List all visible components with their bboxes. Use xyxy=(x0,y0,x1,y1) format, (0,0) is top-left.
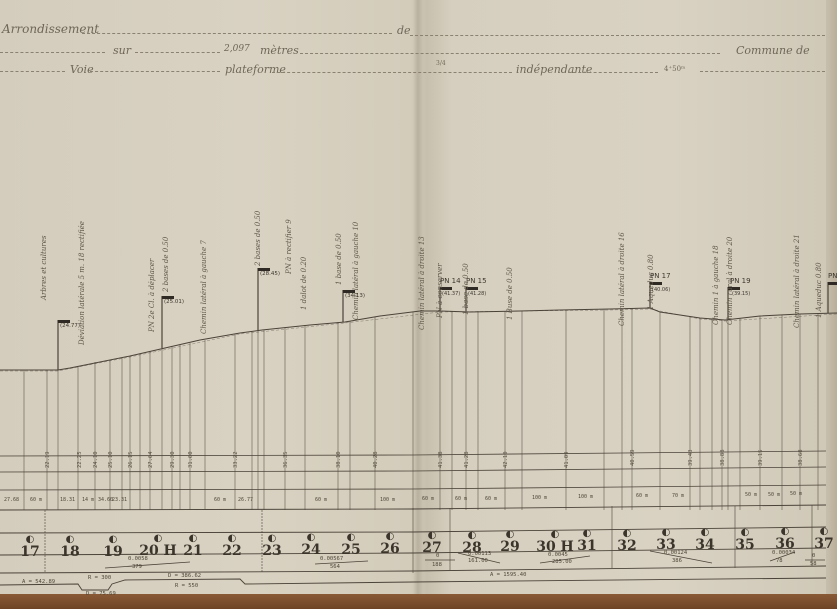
distance-value: 50 m xyxy=(745,492,757,498)
km-marker: ◐37 xyxy=(809,527,837,551)
gradient-length: 285.00 xyxy=(552,559,572,565)
km-marker: ◐22 xyxy=(217,534,247,558)
elevation-value: 40.59 xyxy=(630,449,636,466)
elevation-value: 22.19 xyxy=(45,451,51,468)
distance-value: 60 m xyxy=(455,496,467,502)
level-crossing-label: PN xyxy=(828,272,837,280)
elevation-value: 22.25 xyxy=(77,451,83,468)
gradient-value: 0.00567 xyxy=(320,556,343,562)
distance-value: 60 m xyxy=(30,497,42,503)
gradient-value: 0.00113 xyxy=(468,551,491,557)
elevation-value: 40.28 xyxy=(373,451,379,468)
distance-value: 26.77 xyxy=(238,497,253,503)
distance-value: 60 m xyxy=(315,497,327,503)
distance-value: 60 m xyxy=(485,496,497,502)
elevation-value: 38.88 xyxy=(720,449,726,466)
elevation-value: 31.60 xyxy=(188,451,194,468)
annotation: 1 base de 0.50 xyxy=(335,233,343,285)
km-marker: ◐36 xyxy=(770,527,800,551)
gradient-length: 564 xyxy=(330,564,340,570)
km-marker: ◐25 xyxy=(336,533,366,557)
annotation: PN à rectifier 9 xyxy=(285,219,293,274)
km-marker: ◐31 xyxy=(572,529,602,553)
elevation-value: 27.64 xyxy=(148,451,154,468)
km-marker: ◐27 xyxy=(417,531,447,555)
km-marker: ◐24 xyxy=(296,533,326,557)
km-marker: ◐21 xyxy=(178,534,208,558)
annotation: Chemin latéral à droite 13 xyxy=(418,236,426,330)
elevation-value: 41.09 xyxy=(564,451,570,468)
level-crossing-label: PN 15 xyxy=(466,277,487,285)
distance-value: 60 m xyxy=(422,496,434,502)
level-crossing-elevation: (24.77) xyxy=(60,323,80,329)
km-marker: ◐26 xyxy=(375,532,405,556)
annotation: Chemin latéral à droite 16 xyxy=(618,232,626,326)
distance-value: 27.68 xyxy=(4,497,19,503)
gradient-value: 0.00124 xyxy=(664,550,687,556)
annotation: Chemin latéral à droite 21 xyxy=(793,234,801,328)
level-crossing-label: PN 17 xyxy=(650,272,671,280)
elevation-value: 42.10 xyxy=(503,451,509,468)
elevation-value: 26.15 xyxy=(128,451,134,468)
distance-value: 50 m xyxy=(768,492,780,498)
elevation-value: 39.43 xyxy=(688,449,694,466)
distance-value: 70 m xyxy=(672,493,684,499)
gradient-value: 0 xyxy=(812,553,815,559)
km-marker: ◐32 xyxy=(612,529,642,553)
level-crossing-label: PN 19 xyxy=(730,277,751,285)
gradient-length: 78 xyxy=(776,558,783,564)
alignment-value: D = 386.62 xyxy=(168,573,201,579)
annotation: Chemin 1 à gauche 18 xyxy=(712,245,720,325)
distance-value: 100 m xyxy=(532,495,547,501)
annotation: PN 2e Cl. à déplacer xyxy=(148,259,156,332)
km-marker: ◐17 xyxy=(15,535,45,559)
gradient-length: 379 xyxy=(132,564,142,570)
alignment-value: D = 75.69 xyxy=(86,591,116,597)
annotation: Chemin latéral à gauche 7 xyxy=(200,240,208,334)
annotation: 2 bases de 0.50 xyxy=(254,211,262,266)
elevation-value: 24.10 xyxy=(93,451,99,468)
annotation: 1 Buse de 0.50 xyxy=(506,267,514,320)
km-marker: ◐18 xyxy=(55,535,85,559)
km-marker: ◐20 H xyxy=(138,534,178,558)
elevation-value: 25.10 xyxy=(108,451,114,468)
alignment-value: A = 1595.40 xyxy=(490,572,526,578)
distance-value: 14 m xyxy=(82,497,94,503)
level-crossing-elevation: (34.13) xyxy=(345,293,365,299)
gradient-length: 58 xyxy=(810,561,817,567)
elevation-value: 38.68 xyxy=(798,449,804,466)
gradient-value: 0.0045 xyxy=(548,552,568,558)
level-crossing-elevation: (40.06) xyxy=(652,287,670,293)
km-marker: ◐19 xyxy=(98,535,128,559)
level-crossing-label: PN 14 xyxy=(440,277,461,285)
gradient-value: 0.00034 xyxy=(772,550,795,556)
elevation-value: 33.22 xyxy=(233,451,239,468)
annotation: 2 bases de 0.50 xyxy=(162,237,170,292)
elevation-value: 36.35 xyxy=(283,451,289,468)
distance-value: 18.31 xyxy=(60,497,75,503)
distance-value: 100 m xyxy=(578,494,593,500)
gradient-length: 161.00 xyxy=(468,558,488,564)
distance-value: 60 m xyxy=(636,493,648,499)
gradient-value: 0.0058 xyxy=(128,556,148,562)
km-marker: ◐33 xyxy=(651,528,681,552)
alignment-value: R = 300 xyxy=(88,575,111,581)
km-marker: ◐29 xyxy=(495,530,525,554)
annotation: Chemin latéral à gauche 10 xyxy=(352,222,360,320)
level-crossing-elevation: (39.15) xyxy=(732,291,750,297)
distance-value: 34.60 xyxy=(98,497,113,503)
annotation: 1 dalot de 0.20 xyxy=(300,257,308,310)
annotation: 1 Aqueduc 0.80 xyxy=(815,262,823,318)
gradient-value: 0 xyxy=(436,553,439,559)
alignment-value: R = 550 xyxy=(175,583,198,589)
elevation-value: 39.15 xyxy=(758,449,764,466)
km-marker: ◐35 xyxy=(730,528,760,552)
km-marker: ◐23 xyxy=(257,534,287,558)
annotation: Arbres et cultures xyxy=(40,236,48,300)
gradient-length: 386 xyxy=(672,558,682,564)
distance-value: 50 m xyxy=(790,491,802,497)
km-marker: ◐30 H xyxy=(535,530,575,554)
elevation-value: 38.10 xyxy=(336,451,342,468)
gradient-length: 188 xyxy=(432,562,442,568)
level-crossing-elevation: (41.28) xyxy=(468,291,486,297)
elevation-value: 29.30 xyxy=(170,451,176,468)
elevation-value: 41.38 xyxy=(438,451,444,468)
elevation-value: 41.28 xyxy=(464,451,470,468)
alignment-value: A = 542.89 xyxy=(22,579,55,585)
level-crossing-elevation: (28.45) xyxy=(260,271,280,277)
annotation: 1 Aqueduc 0.80 xyxy=(647,254,655,310)
distance-value: 100 m xyxy=(380,497,395,503)
distance-value: 60 m xyxy=(214,497,226,503)
level-crossing-elevation: (25.01) xyxy=(164,299,184,305)
distance-value: 23.31 xyxy=(112,497,127,503)
km-marker: ◐34 xyxy=(690,528,720,552)
level-crossing-elevation: (41.37) xyxy=(442,291,460,297)
annotation: 1 base de 0.50 xyxy=(462,263,470,315)
